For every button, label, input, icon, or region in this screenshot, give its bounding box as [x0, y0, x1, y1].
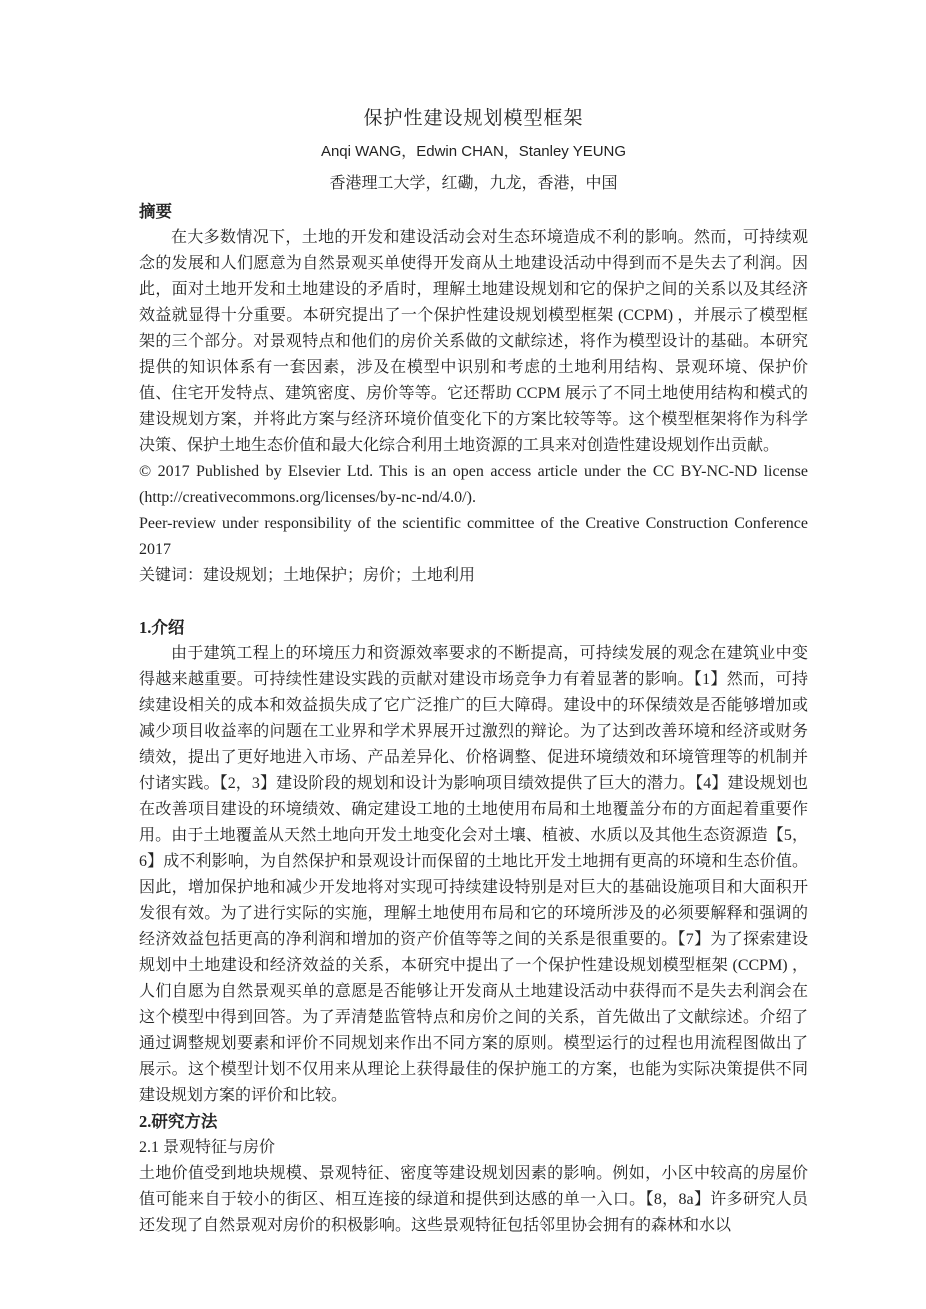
keywords-line: 关键词：建设规划；土地保护；房价；土地利用: [139, 563, 808, 589]
section-2-heading: 2.研究方法: [139, 1109, 808, 1135]
paper-page: 保护性建设规划模型框架 Anqi WANG，Edwin CHAN，Stanley…: [0, 0, 926, 1309]
section-2-1-subheading: 2.1 景观特征与房价: [139, 1135, 808, 1161]
affiliation-line: 香港理工大学，红磡，九龙，香港，中国: [139, 170, 808, 193]
section-1-heading: 1.介绍: [139, 615, 808, 641]
peer-review-line: Peer-review under responsibility of the …: [139, 511, 808, 563]
abstract-heading: 摘要: [139, 199, 808, 225]
paper-title: 保护性建设规划模型框架: [139, 103, 808, 130]
authors-line: Anqi WANG，Edwin CHAN，Stanley YEUNG: [139, 140, 808, 161]
section-2-paragraph: 土地价值受到地块规模、景观特征、密度等建设规划因素的影响。例如，小区中较高的房屋…: [139, 1161, 808, 1239]
abstract-paragraph: 在大多数情况下，土地的开发和建设活动会对生态环境造成不利的影响。然而，可持续观念…: [139, 225, 808, 459]
copyright-line: © 2017 Published by Elsevier Ltd. This i…: [139, 459, 808, 511]
section-1-paragraph: 由于建筑工程上的环境压力和资源效率要求的不断提高，可持续发展的观念在建筑业中变得…: [139, 641, 808, 1109]
